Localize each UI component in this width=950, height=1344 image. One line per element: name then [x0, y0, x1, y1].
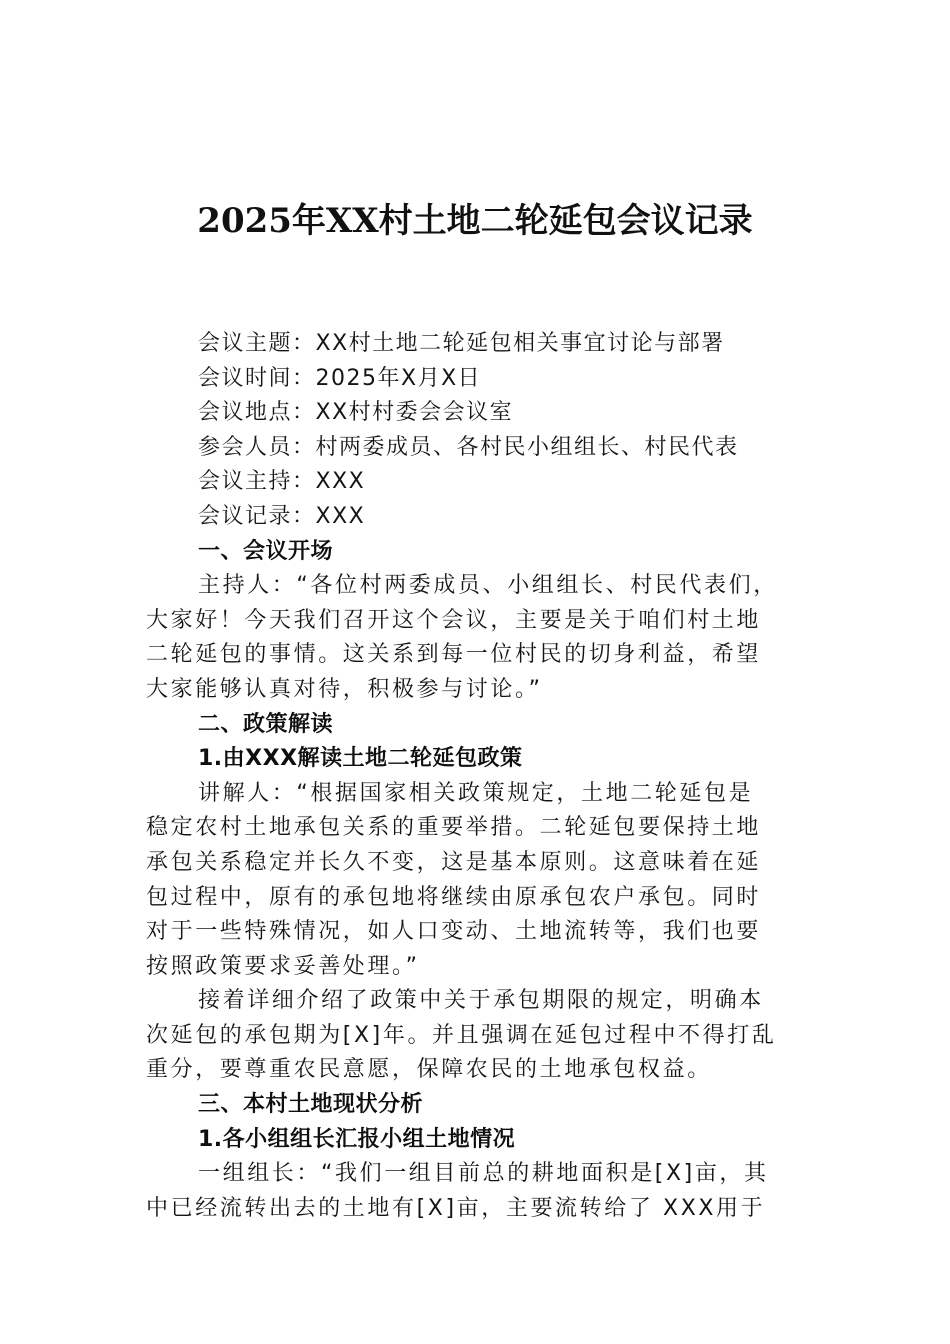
section-subheading: 1.各小组组长汇报小组土地情况	[146, 1123, 806, 1158]
section-policy: 二、政策解读 1.由XXX解读土地二轮延包政策 讲解人：“根据国家相关政策规定，…	[146, 708, 806, 1089]
paragraph-line: 承包关系稳定并长久不变，这是基本原则。这意味着在延	[146, 846, 806, 881]
meta-label: 会议主题：	[198, 331, 316, 356]
meta-value: XX村村委会会议室	[316, 400, 514, 425]
paragraph-line: 大家能够认真对待，积极参与讨论。”	[146, 673, 806, 708]
paragraph-line: 次延包的承包期为[X]年。并且强调在延包过程中不得打乱	[146, 1019, 806, 1054]
paragraph: 一组组长：“我们一组目前总的耕地面积是[X]亩，其 中已经流转出去的土地有[X]…	[146, 1157, 806, 1226]
meta-value: 村两委成员、各村民小组组长、村民代表	[316, 435, 739, 460]
paragraph-line: 大家好！今天我们召开这个会议，主要是关于咱们村土地	[146, 604, 806, 639]
section-heading: 一、会议开场	[146, 535, 806, 570]
meta-label: 会议时间：	[198, 366, 316, 391]
paragraph-line: 重分，要尊重农民意愿，保障农民的土地承包权益。	[146, 1053, 806, 1088]
meta-time: 会议时间：2025年X月X日	[146, 362, 806, 397]
paragraph-line: 讲解人：“根据国家相关政策规定，土地二轮延包是	[146, 777, 806, 812]
meta-label: 会议记录：	[198, 504, 316, 529]
document-body: 会议主题：XX村土地二轮延包相关事宜讨论与部署 会议时间：2025年X月X日 会…	[146, 327, 806, 1226]
meta-topic: 会议主题：XX村土地二轮延包相关事宜讨论与部署	[146, 327, 806, 362]
section-heading: 二、政策解读	[146, 708, 806, 743]
meta-value: XX村土地二轮延包相关事宜讨论与部署	[316, 331, 725, 356]
meta-value: XXX	[316, 469, 366, 494]
paragraph-line: 主持人：“各位村两委成员、小组组长、村民代表们，	[146, 569, 806, 604]
paragraph-line: 稳定农村土地承包关系的重要举措。二轮延包要保持土地	[146, 811, 806, 846]
section-heading: 三、本村土地现状分析	[146, 1088, 806, 1123]
meta-attendees: 参会人员：村两委成员、各村民小组组长、村民代表	[146, 431, 806, 466]
meta-recorder: 会议记录：XXX	[146, 500, 806, 535]
meta-location: 会议地点：XX村村委会会议室	[146, 396, 806, 431]
paragraph-line: 按照政策要求妥善处理。”	[146, 950, 806, 985]
meta-label: 会议地点：	[198, 400, 316, 425]
meta-value: 2025年X月X日	[316, 366, 482, 391]
meta-label: 参会人员：	[198, 435, 316, 460]
paragraph-line: 中已经流转出去的土地有[X]亩，主要流转给了 XXX用于	[146, 1192, 806, 1227]
paragraph-line: 接着详细介绍了政策中关于承包期限的规定，明确本	[146, 984, 806, 1019]
paragraph-line: 包过程中，原有的承包地将继续由原承包农户承包。同时	[146, 881, 806, 916]
meta-host: 会议主持：XXX	[146, 465, 806, 500]
section-land-status: 三、本村土地现状分析 1.各小组组长汇报小组土地情况 一组组长：“我们一组目前总…	[146, 1088, 806, 1226]
meeting-meta: 会议主题：XX村土地二轮延包相关事宜讨论与部署 会议时间：2025年X月X日 会…	[146, 327, 806, 535]
paragraph-line: 一组组长：“我们一组目前总的耕地面积是[X]亩，其	[146, 1157, 806, 1192]
document-title: 2025年XX村土地二轮延包会议记录	[0, 196, 950, 246]
paragraph-line: 对于一些特殊情况，如人口变动、土地流转等，我们也要	[146, 915, 806, 950]
paragraph-line: 二轮延包的事情。这关系到每一位村民的切身利益，希望	[146, 638, 806, 673]
section-subheading: 1.由XXX解读土地二轮延包政策	[146, 742, 806, 777]
section-opening: 一、会议开场 主持人：“各位村两委成员、小组组长、村民代表们， 大家好！今天我们…	[146, 535, 806, 708]
document-page: 2025年XX村土地二轮延包会议记录 会议主题：XX村土地二轮延包相关事宜讨论与…	[0, 0, 950, 1344]
paragraph: 讲解人：“根据国家相关政策规定，土地二轮延包是 稳定农村土地承包关系的重要举措。…	[146, 777, 806, 985]
paragraph: 接着详细介绍了政策中关于承包期限的规定，明确本 次延包的承包期为[X]年。并且强…	[146, 984, 806, 1088]
meta-value: XXX	[316, 504, 366, 529]
paragraph: 主持人：“各位村两委成员、小组组长、村民代表们， 大家好！今天我们召开这个会议，…	[146, 569, 806, 707]
meta-label: 会议主持：	[198, 469, 316, 494]
